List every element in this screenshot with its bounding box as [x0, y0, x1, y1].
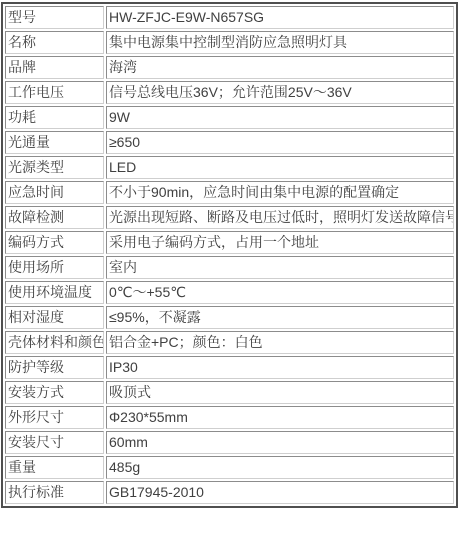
- table-row: 故障检测 光源出现短路、断路及电压过低时，照明灯发送故障信号: [5, 206, 454, 229]
- spec-value-model: HW-ZFJC-E9W-N657SG: [106, 6, 454, 29]
- spec-label-standard: 执行标准: [5, 481, 104, 504]
- spec-label-light-source: 光源类型: [5, 156, 104, 179]
- table-row: 编码方式 采用电子编码方式，占用一个地址: [5, 231, 454, 254]
- spec-value-operating-temperature: 0℃～+55℃: [106, 281, 454, 304]
- table-row: 使用环境温度 0℃～+55℃: [5, 281, 454, 304]
- spec-label-coding-method: 编码方式: [5, 231, 104, 254]
- spec-value-power: 9W: [106, 106, 454, 129]
- spec-label-installation-size: 安装尺寸: [5, 431, 104, 454]
- spec-value-working-voltage: 信号总线电压36V；允许范围25V～36V: [106, 81, 454, 104]
- spec-label-weight: 重量: [5, 456, 104, 479]
- spec-label-brand: 品牌: [5, 56, 104, 79]
- table-row: 光通量 ≥650: [5, 131, 454, 154]
- spec-value-outer-dimensions: Φ230*55mm: [106, 406, 454, 429]
- spec-value-protection-rating: IP30: [106, 356, 454, 379]
- spec-label-model: 型号: [5, 6, 104, 29]
- spec-value-installation-size: 60mm: [106, 431, 454, 454]
- spec-value-weight: 485g: [106, 456, 454, 479]
- table-row: 安装尺寸 60mm: [5, 431, 454, 454]
- spec-label-working-voltage: 工作电压: [5, 81, 104, 104]
- table-row: 光源类型 LED: [5, 156, 454, 179]
- spec-value-name: 集中电源集中控制型消防应急照明灯具: [106, 31, 454, 54]
- spec-value-relative-humidity: ≤95%，不凝露: [106, 306, 454, 329]
- spec-label-operating-temperature: 使用环境温度: [5, 281, 104, 304]
- spec-label-protection-rating: 防护等级: [5, 356, 104, 379]
- table-row: 使用场所 室内: [5, 256, 454, 279]
- spec-label-housing-material-color: 壳体材料和颜色: [5, 331, 104, 354]
- spec-label-usage-place: 使用场所: [5, 256, 104, 279]
- spec-label-emergency-time: 应急时间: [5, 181, 104, 204]
- table-row: 防护等级 IP30: [5, 356, 454, 379]
- table-row: 型号 HW-ZFJC-E9W-N657SG: [5, 6, 454, 29]
- spec-label-luminous-flux: 光通量: [5, 131, 104, 154]
- spec-value-usage-place: 室内: [106, 256, 454, 279]
- product-spec-page: 型号 HW-ZFJC-E9W-N657SG 名称 集中电源集中控制型消防应急照明…: [0, 0, 472, 533]
- table-row: 壳体材料和颜色 铝合金+PC；颜色：白色: [5, 331, 454, 354]
- spec-label-outer-dimensions: 外形尺寸: [5, 406, 104, 429]
- spec-label-name: 名称: [5, 31, 104, 54]
- spec-value-brand: 海湾: [106, 56, 454, 79]
- spec-label-installation-method: 安装方式: [5, 381, 104, 404]
- table-row: 名称 集中电源集中控制型消防应急照明灯具: [5, 31, 454, 54]
- table-row: 安装方式 吸顶式: [5, 381, 454, 404]
- spec-value-emergency-time: 不小于90min，应急时间由集中电源的配置确定: [106, 181, 454, 204]
- table-row: 工作电压 信号总线电压36V；允许范围25V～36V: [5, 81, 454, 104]
- spec-value-luminous-flux: ≥650: [106, 131, 454, 154]
- spec-value-light-source: LED: [106, 156, 454, 179]
- spec-value-housing-material-color: 铝合金+PC；颜色：白色: [106, 331, 454, 354]
- product-spec-table: 型号 HW-ZFJC-E9W-N657SG 名称 集中电源集中控制型消防应急照明…: [1, 2, 458, 508]
- table-row: 执行标准 GB17945-2010: [5, 481, 454, 504]
- spec-value-fault-detection: 光源出现短路、断路及电压过低时，照明灯发送故障信号: [106, 206, 454, 229]
- spec-value-installation-method: 吸顶式: [106, 381, 454, 404]
- spec-label-relative-humidity: 相对湿度: [5, 306, 104, 329]
- table-row: 重量 485g: [5, 456, 454, 479]
- spec-value-coding-method: 采用电子编码方式，占用一个地址: [106, 231, 454, 254]
- table-row: 应急时间 不小于90min，应急时间由集中电源的配置确定: [5, 181, 454, 204]
- spec-label-power: 功耗: [5, 106, 104, 129]
- table-row: 外形尺寸 Φ230*55mm: [5, 406, 454, 429]
- table-row: 相对湿度 ≤95%，不凝露: [5, 306, 454, 329]
- spec-value-standard: GB17945-2010: [106, 481, 454, 504]
- table-row: 功耗 9W: [5, 106, 454, 129]
- table-row: 品牌 海湾: [5, 56, 454, 79]
- spec-label-fault-detection: 故障检测: [5, 206, 104, 229]
